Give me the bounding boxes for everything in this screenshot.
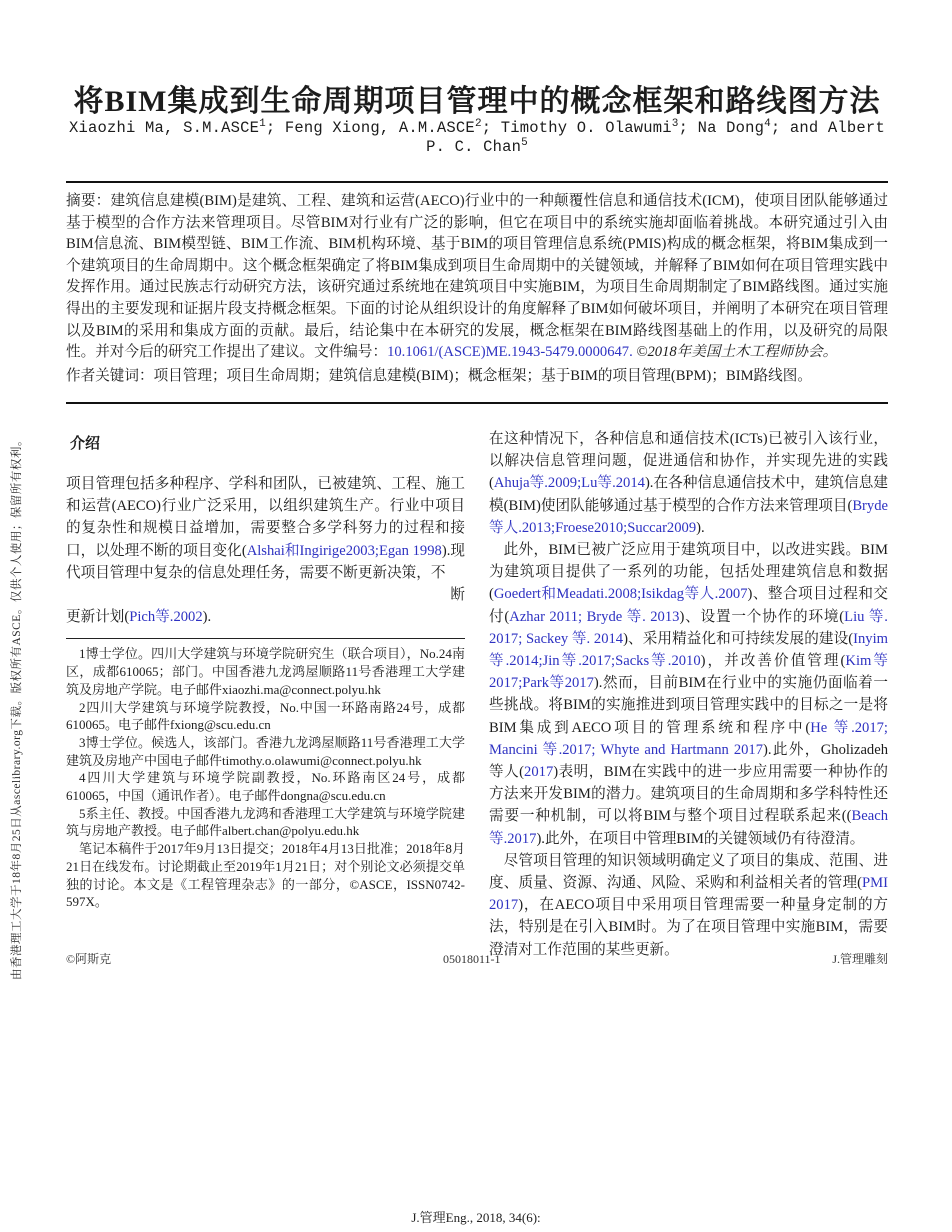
citation-link[interactable]: Azhar 2011; Bryde 等. 2013: [509, 609, 679, 625]
footer-journal: J.管理雕刻: [832, 950, 888, 967]
text-segment: 4: [764, 118, 771, 130]
author-line: Xiaozhi Ma, S.M.ASCE1; Feng Xiong, A.M.A…: [66, 118, 888, 156]
text-segment: ©2018年美国土木工程师协会。: [633, 344, 837, 360]
text-segment: Xiaozhi Ma, S.M.ASCE: [69, 119, 259, 137]
text-segment: )，并改善价值管理(: [701, 653, 846, 669]
right-column: 在这种情况下，各种信息和通信技术(ICTs)已被引入该行业，以解决信息管理问题，…: [489, 428, 888, 961]
text-segment: 5系主任、教授。中国香港九龙鸿和香港理工大学建筑与环境学院建筑与房地产教授。电子…: [66, 806, 465, 839]
paper-title: 将BIM集成到生命周期项目管理中的概念框架和路线图方法: [66, 76, 888, 120]
divider-mid: [66, 402, 888, 404]
text-segment: 2四川大学建筑与环境学院教授，No.中国一环路南路24号，成都610065。电子…: [66, 700, 465, 733]
footnote-5: 5系主任、教授。中国香港九龙鸿和香港理工大学建筑与环境学院建筑与房地产教授。电子…: [66, 805, 465, 840]
text-segment: ; Timothy O. Olawumi: [482, 119, 672, 137]
citation-link[interactable]: Goedert和Meadati.2008;Isikdag等人.2007: [494, 586, 748, 602]
text-segment: 3: [672, 118, 679, 130]
citation-link[interactable]: Alshai和Ingirige2003;Egan 1998: [247, 543, 442, 559]
footer-page-id: 05018011-1: [443, 952, 501, 967]
text-segment: 尽管项目管理的知识领域明确定义了项目的集成、范围、进度、质量、资源、沟通、风险、…: [489, 853, 888, 891]
text-segment: 摘要：建筑信息建模(BIM)是建筑、工程、建筑和运营(AECO)行业中的一种颠覆…: [66, 193, 888, 360]
text-segment: ).此外，在项目中管理BIM的关键领域仍有待澄清。: [536, 831, 864, 847]
bottom-citation: J.管理Eng., 2018, 34(6):: [0, 1207, 952, 1226]
text-segment: 5: [521, 137, 528, 149]
intro-paragraph: 项目管理包括多种程序、学科和团队，已被建筑、工程、施工和运营(AECO)行业广泛…: [66, 473, 465, 628]
body-paragraph: 尽管项目管理的知识领域明确定义了项目的集成、范围、进度、质量、资源、沟通、风险、…: [489, 850, 888, 961]
running-footer: ©阿斯克 05018011-1 J.管理雕刻: [66, 950, 888, 967]
text-segment: 4四川大学建筑与环境学院副教授，No.环路南区24号，成都610065，中国（通…: [66, 770, 465, 803]
citation-link[interactable]: Pich等.2002: [129, 609, 202, 625]
doi-link[interactable]: 10.1061/(ASCE)ME.1943-5479.0000647.: [387, 344, 633, 360]
footnotes-block: 1博士学位。四川大学建筑与环境学院研究生（联合项目），No.24南区，成都610…: [66, 638, 465, 911]
citation-link[interactable]: Ahuja等.2009;Lu等.2014: [494, 475, 645, 491]
paper-page: 由香港理工大学于18年8月25日从ascelibrary.org下载。版权所有A…: [0, 0, 952, 1232]
footnote-2: 2四川大学建筑与环境学院教授，No.中国一环路南路24号，成都610065。电子…: [66, 699, 465, 734]
footnote-1: 1博士学位。四川大学建筑与环境学院研究生（联合项目），No.24南区，成都610…: [66, 645, 465, 698]
text-segment: 更新计划(: [66, 609, 129, 625]
text-segment: )、设置一个协作的环境(: [679, 609, 844, 625]
text-segment: 3博士学位。候选人，该部门。香港九龙鸿屋顺路11号香港理工大学建筑及房地产中国电…: [66, 735, 465, 768]
download-watermark: 由香港理工大学于18年8月25日从ascelibrary.org下载。版权所有A…: [8, 370, 24, 980]
text-segment: 2: [475, 118, 482, 130]
body-paragraph: 在这种情况下，各种信息和通信技术(ICTs)已被引入该行业，以解决信息管理问题，…: [489, 428, 888, 539]
abstract: 摘要：建筑信息建模(BIM)是建筑、工程、建筑和运营(AECO)行业中的一种颠覆…: [66, 191, 888, 364]
citation-link[interactable]: 2017: [524, 764, 553, 780]
footnote-3: 3博士学位。候选人，该部门。香港九龙鸿屋顺路11号香港理工大学建筑及房地产中国电…: [66, 734, 465, 769]
body-paragraph: 此外，BIM已被广泛应用于建筑项目中，以改进实践。BIM为建筑项目提供了一系列的…: [489, 539, 888, 850]
text-segment: ; Na Dong: [679, 119, 765, 137]
footer-copyright: ©阿斯克: [66, 950, 111, 967]
text-segment: ; Feng Xiong, A.M.ASCE: [266, 119, 475, 137]
text-segment: )、采用精益化和可持续发展的建设(: [623, 631, 853, 647]
text-segment: 1: [259, 118, 266, 130]
text-segment: 1博士学位。四川大学建筑与环境学院研究生（联合项目），No.24南区，成都610…: [66, 646, 465, 696]
text-segment: ).: [696, 520, 705, 536]
keywords: 作者关键词：项目管理；项目生命周期；建筑信息建模(BIM)；概念框架；基于BIM…: [66, 366, 888, 387]
left-column: 介绍 项目管理包括多种程序、学科和团队，已被建筑、工程、施工和运营(AECO)行…: [66, 428, 465, 961]
text-segment: ).: [203, 609, 212, 625]
text-segment: 断: [66, 584, 465, 606]
footnote-manuscript-note: 笔记本稿件于2017年9月13日提交；2018年4月13日批准；2018年8月2…: [66, 840, 465, 911]
two-column-body: 介绍 项目管理包括多种程序、学科和团队，已被建筑、工程、施工和运营(AECO)行…: [66, 428, 888, 961]
section-heading-introduction: 介绍: [70, 432, 465, 453]
text-segment: )，在AECO项目中采用项目管理需要一种量身定制的方法，特别是在引入BIM时。为…: [489, 897, 888, 957]
footnote-4: 4四川大学建筑与环境学院副教授，No.环路南区24号，成都610065，中国（通…: [66, 769, 465, 804]
text-segment: 笔记本稿件于2017年9月13日提交；2018年4月13日批准；2018年8月2…: [66, 841, 465, 909]
divider-top: [66, 181, 888, 183]
